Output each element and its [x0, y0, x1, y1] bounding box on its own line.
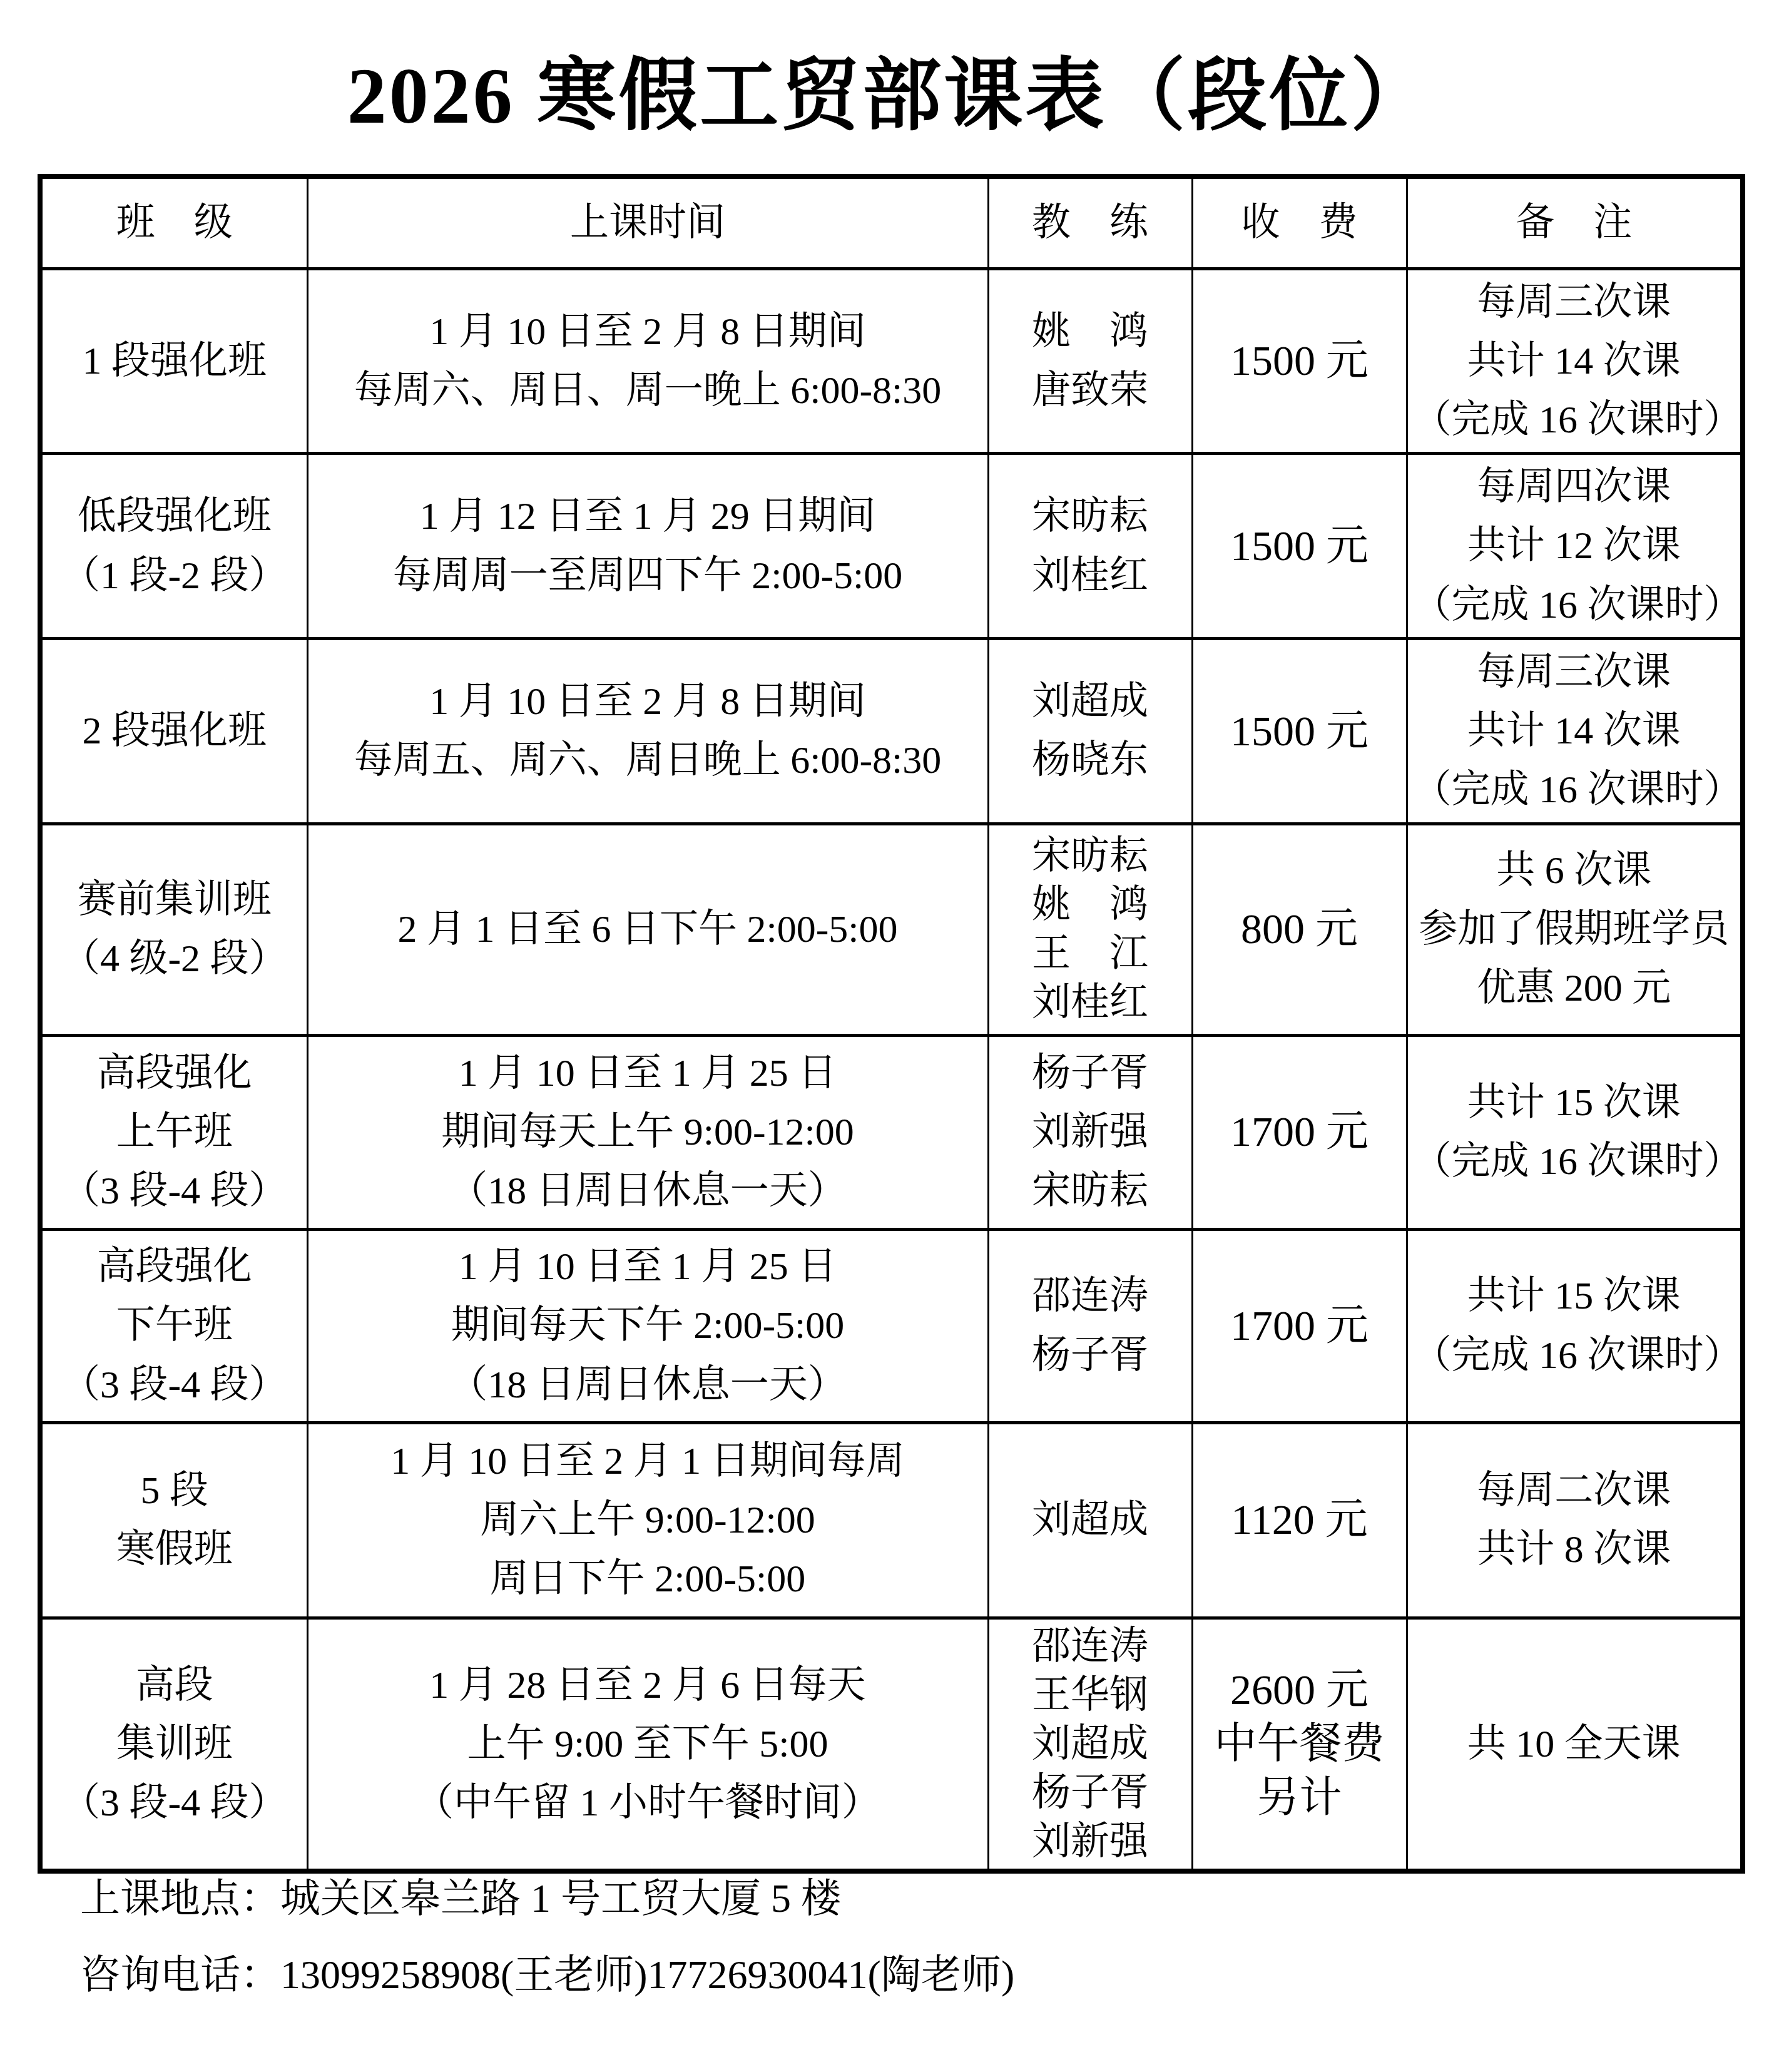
cell-class: 赛前集训班 （4 级-2 段） — [40, 824, 307, 1035]
cell-time: 1 月 12 日至 1 月 29 日期间 每周周一至周四下午 2:00-5:00 — [307, 454, 988, 639]
cell-coach: 宋昉耘 姚 鸿 王 江 刘桂红 — [988, 824, 1192, 1035]
cell-note: 共计 15 次课 （完成 16 次课时） — [1407, 1035, 1743, 1229]
cell-class: 低段强化班 （1 段-2 段） — [40, 454, 307, 639]
cell-time: 1 月 10 日至 2 月 8 日期间 每周五、周六、周日晚上 6:00-8:3… — [307, 638, 988, 824]
class-location: 上课地点：城关区皋兰路 1 号工贸大厦 5 楼 — [80, 1879, 1707, 1919]
page-title: 2026 寒假工贸部课表（段位） — [0, 33, 1779, 146]
cell-class: 5 段 寒假班 — [40, 1422, 307, 1618]
footer: 上课地点：城关区皋兰路 1 号工贸大厦 5 楼 咨询电话：13099258908… — [80, 1879, 1707, 2031]
cell-time: 1 月 10 日至 2 月 8 日期间 每周六、周日、周一晚上 6:00-8:3… — [307, 268, 988, 454]
table-row: 2 段强化班 1 月 10 日至 2 月 8 日期间 每周五、周六、周日晚上 6… — [40, 638, 1743, 824]
cell-time: 1 月 28 日至 2 月 6 日每天 上午 9:00 至下午 5:00 （中午… — [307, 1618, 988, 1871]
table-row: 5 段 寒假班 1 月 10 日至 2 月 1 日期间每周 周六上午 9:00-… — [40, 1422, 1743, 1618]
cell-note: 每周二次课 共计 8 次课 — [1407, 1422, 1743, 1618]
cell-coach: 姚 鸿 唐致荣 — [988, 268, 1192, 454]
table-row: 高段 集训班 （3 段-4 段） 1 月 28 日至 2 月 6 日每天 上午 … — [40, 1618, 1743, 1871]
cell-class: 高段强化 下午班 （3 段-4 段） — [40, 1229, 307, 1422]
cell-coach: 邵连涛 杨子胥 — [988, 1229, 1192, 1422]
document-page: 2026 寒假工贸部课表（段位） 班 级 上课时间 教 练 收 费 备 注 1 … — [0, 0, 1779, 2072]
cell-coach: 刘超成 杨晓东 — [988, 638, 1192, 824]
cell-coach: 刘超成 — [988, 1422, 1192, 1618]
cell-fee: 1500 元 — [1192, 268, 1407, 454]
table-row: 低段强化班 （1 段-2 段） 1 月 12 日至 1 月 29 日期间 每周周… — [40, 454, 1743, 639]
cell-fee: 800 元 — [1192, 824, 1407, 1035]
cell-fee: 2600 元 中午餐费 另计 — [1192, 1618, 1407, 1871]
cell-time: 1 月 10 日至 2 月 1 日期间每周 周六上午 9:00-12:00 周日… — [307, 1422, 988, 1618]
table-row: 高段强化 上午班 （3 段-4 段） 1 月 10 日至 1 月 25 日 期间… — [40, 1035, 1743, 1229]
cell-time: 2 月 1 日至 6 日下午 2:00-5:00 — [307, 824, 988, 1035]
schedule-table: 班 级 上课时间 教 练 收 费 备 注 1 段强化班 1 月 10 日至 2 … — [38, 174, 1745, 1874]
cell-fee: 1120 元 — [1192, 1422, 1407, 1618]
cell-fee: 1500 元 — [1192, 454, 1407, 639]
header-fee: 收 费 — [1192, 176, 1407, 268]
cell-note: 共计 15 次课 （完成 16 次课时） — [1407, 1229, 1743, 1422]
cell-class: 高段 集训班 （3 段-4 段） — [40, 1618, 307, 1871]
table-row: 1 段强化班 1 月 10 日至 2 月 8 日期间 每周六、周日、周一晚上 6… — [40, 268, 1743, 454]
cell-time: 1 月 10 日至 1 月 25 日 期间每天下午 2:00-5:00 （18 … — [307, 1229, 988, 1422]
table-row: 高段强化 下午班 （3 段-4 段） 1 月 10 日至 1 月 25 日 期间… — [40, 1229, 1743, 1422]
cell-class: 高段强化 上午班 （3 段-4 段） — [40, 1035, 307, 1229]
cell-class: 2 段强化班 — [40, 638, 307, 824]
cell-time: 1 月 10 日至 1 月 25 日 期间每天上午 9:00-12:00 （18… — [307, 1035, 988, 1229]
cell-note: 每周四次课 共计 12 次课 （完成 16 次课时） — [1407, 454, 1743, 639]
cell-coach: 杨子胥 刘新强 宋昉耘 — [988, 1035, 1192, 1229]
table-header-row: 班 级 上课时间 教 练 收 费 备 注 — [40, 176, 1743, 268]
cell-note: 每周三次课 共计 14 次课 （完成 16 次课时） — [1407, 638, 1743, 824]
cell-fee: 1500 元 — [1192, 638, 1407, 824]
header-note: 备 注 — [1407, 176, 1743, 268]
cell-coach: 邵连涛 王华钢 刘超成 杨子胥 刘新强 — [988, 1618, 1192, 1871]
cell-coach: 宋昉耘 刘桂红 — [988, 454, 1192, 639]
cell-note: 每周三次课 共计 14 次课 （完成 16 次课时） — [1407, 268, 1743, 454]
cell-note: 共 10 全天课 — [1407, 1618, 1743, 1871]
cell-class: 1 段强化班 — [40, 268, 307, 454]
header-class: 班 级 — [40, 176, 307, 268]
header-coach: 教 练 — [988, 176, 1192, 268]
cell-note: 共 6 次课 参加了假期班学员 优惠 200 元 — [1407, 824, 1743, 1035]
cell-fee: 1700 元 — [1192, 1229, 1407, 1422]
cell-fee: 1700 元 — [1192, 1035, 1407, 1229]
header-time: 上课时间 — [307, 176, 988, 268]
contact-phone: 咨询电话：13099258908(王老师)17726930041(陶老师) — [80, 1955, 1707, 1995]
table-row: 赛前集训班 （4 级-2 段） 2 月 1 日至 6 日下午 2:00-5:00… — [40, 824, 1743, 1035]
